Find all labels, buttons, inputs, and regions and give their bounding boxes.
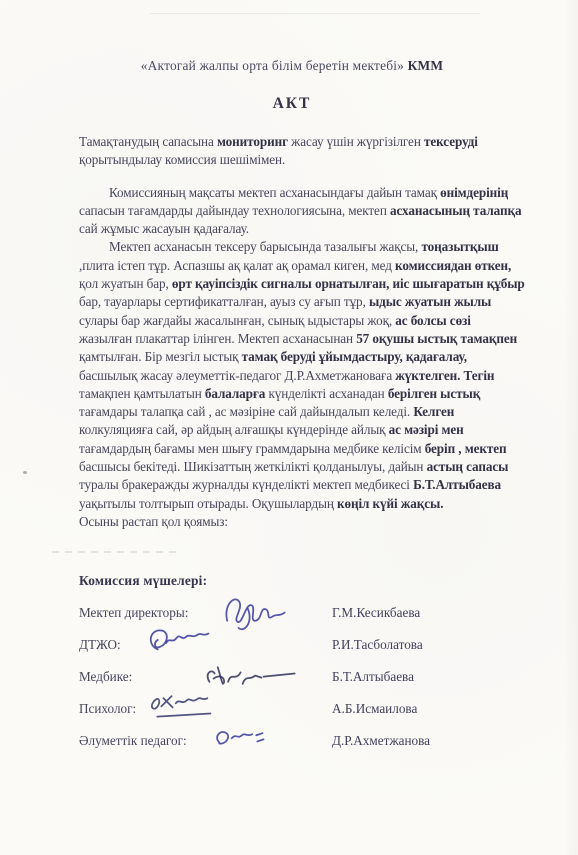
text-line: қамтылған. Бір мезгіл ыстық тамақ беруді…	[79, 348, 505, 366]
member-role: ДТЖО:	[79, 637, 121, 653]
member-row-director: Мектеп директоры: Г.М.Кесикбаева	[79, 605, 505, 625]
member-role: Психолог:	[79, 701, 136, 717]
text-line: қол жуатын бар, өрт қауіпсіздік сигналы …	[79, 275, 505, 293]
text-line: туралы бракеражды журналды күнделікті ме…	[79, 476, 505, 494]
text-line: уақытылы толтырып отырады. Оқушылардың к…	[79, 495, 505, 513]
text-line: басшысы бекітеді. Шикізаттың жеткілікті …	[79, 458, 505, 476]
text-line: Мектеп асханасын тексеру барысында тазал…	[79, 238, 505, 256]
act-heading: АКТ	[79, 95, 505, 113]
member-row-psychologist: Психолог: А.Б.Исмаилова	[79, 701, 505, 721]
member-name: Б.Т.Алтыбаева	[332, 669, 414, 685]
member-row-nurse: Медбике: Б.Т.Алтыбаева	[79, 669, 505, 689]
document-content: «Актогай жалпы орта білім беретін мектеб…	[79, 0, 505, 765]
member-name: Г.М.Кесикбаева	[332, 605, 420, 621]
text-line: Осыны растап қол қоямыз:	[79, 513, 505, 531]
text-line: Тамақтанудың сапасына мониторинг жасау ү…	[79, 133, 505, 151]
committee-member-list: Мектеп директоры: Г.М.Кесикбаева ДТЖО: Р…	[79, 605, 505, 753]
signature-nurse	[199, 661, 303, 692]
member-name: Д.Р.Ахметжанова	[332, 733, 430, 749]
paragraph-findings: Мектеп асханасын тексеру барысында тазал…	[79, 238, 505, 531]
text-line: басшылық жасау әлеуметтік-педагог Д.Р.Ах…	[79, 367, 505, 385]
member-row-dtzho: ДТЖО: Р.И.Тасболатова	[79, 637, 505, 657]
scanned-document-page: «Актогай жалпы орта білім беретін мектеб…	[0, 0, 578, 855]
text-line: сапасын тағамдарды дайындау технологиясы…	[79, 202, 505, 220]
signature-social-pedagog	[209, 726, 281, 753]
committee-heading: Комиссия мүшелері:	[79, 573, 505, 589]
text-line: ,плита істеп тұр. Аспазшы ақ қалат ақ ор…	[79, 257, 505, 275]
member-role: Мектеп директоры:	[79, 605, 188, 621]
member-name: А.Б.Исмаилова	[332, 701, 417, 717]
paragraph-intro: Тамақтанудың сапасына мониторинг жасау ү…	[79, 133, 505, 170]
text-line: бар, тауарлары сертификатталған, ауыз су…	[79, 293, 505, 311]
text-line: сулары бар жағдайы жасалынған, сынық ыды…	[79, 312, 505, 330]
scan-artifact	[23, 471, 27, 474]
member-role: Әлуметтік педагог:	[79, 733, 187, 749]
text-line: Комиссияның мақсаты мектеп асханасындағы…	[79, 184, 505, 202]
school-title: «Актогай жалпы орта білім беретін мектеб…	[79, 57, 505, 75]
text-line: «Актогай жалпы орта білім беретін мектеб…	[79, 57, 505, 75]
text-line: тамақпен қамтылатын балаларға күнделікті…	[79, 385, 505, 403]
member-row-social-pedagog: Әлуметтік педагог: Д.Р.Ахметжанова	[79, 733, 505, 753]
text-line: қорытындылау комиссия шешімімен.	[79, 151, 505, 169]
paragraph-purpose: Комиссияның мақсаты мектеп асханасындағы…	[79, 184, 505, 239]
member-name: Р.И.Тасболатова	[332, 637, 423, 653]
text-line: сай жұмыс жасауын қадағалау.	[79, 220, 505, 238]
signature-dtzho	[145, 624, 219, 660]
signature-director	[219, 590, 301, 635]
text-line: тағамдары талапқа сай , ас мәзіріне сай …	[79, 403, 505, 421]
signature-psychologist	[145, 690, 237, 725]
member-role: Медбике:	[79, 669, 132, 685]
committee-section: Комиссия мүшелері: Мектеп директоры: Г.М…	[79, 573, 505, 753]
text-line: тағамдардың бағамы мен шығу граммдарына …	[79, 440, 505, 458]
text-line: колкуляцияға сай, әр айдың алғашқы күнде…	[79, 421, 505, 439]
text-line: жазылған плакаттар ілінген. Мектеп асхан…	[79, 330, 505, 348]
